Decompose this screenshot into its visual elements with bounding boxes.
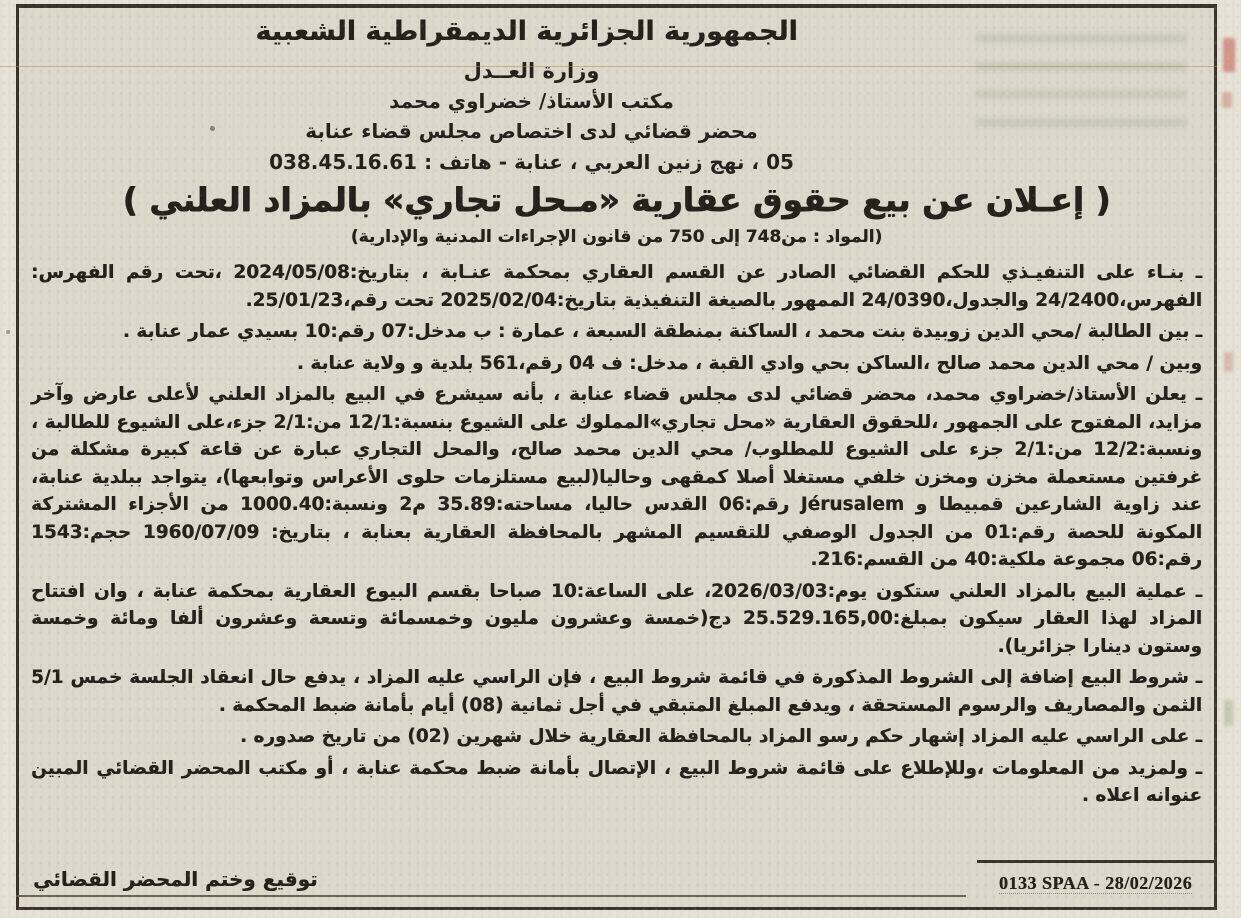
paragraph-sale-conditions: ـ شروط البيع إضافة إلى الشروط المذكورة ف… bbox=[31, 664, 1202, 719]
legal-articles-line: (المواد : من748 إلى 750 من قانون الإجراء… bbox=[31, 227, 1202, 247]
margin-red-mark bbox=[1224, 352, 1233, 372]
paragraph-claimant: ـ بين الطالبة /محي الدين زوبيدة بنت محمد… bbox=[31, 318, 1202, 346]
margin-green-mark bbox=[1224, 700, 1233, 726]
scan-hairline bbox=[0, 66, 1217, 67]
bailiff-signature-line: توقيع وختم المحضر القضائي bbox=[33, 867, 318, 891]
paper-speck bbox=[6, 330, 10, 334]
margin-red-mark bbox=[1222, 92, 1232, 108]
address-phone-line: 05 ، نهج زنين العربي ، عنابة - هاتف : 03… bbox=[0, 150, 1117, 174]
office-line: مكتب الأستاذ/ خضراوي محمد bbox=[0, 89, 1117, 113]
paragraph-respondent: وبين / محي الدين محمد صالح ،الساكن بحي و… bbox=[31, 350, 1202, 378]
republic-title: الجمهورية الجزائرية الديمقراطية الشعبية bbox=[0, 16, 1112, 47]
paragraph-execution-basis: ـ بنـاء على التنفيـذي للحكم القضائي الصا… bbox=[31, 259, 1202, 314]
auction-notice-title: ( إعـلان عن بيع حقوق عقارية «مـحل تجاري»… bbox=[31, 180, 1202, 219]
publication-reference-box: 0133 SPAA - 28/02/2026 bbox=[977, 860, 1217, 910]
paragraph-more-info: ـ ولمزيد من المعلومات ،وللإطلاع على قائم… bbox=[31, 755, 1202, 810]
office-header-block: وزارة العــدل مكتب الأستاذ/ خضراوي محمد … bbox=[0, 59, 1117, 174]
bailiff-title-line: محضر قضائي لدى اختصاص مجلس قضاء عنابة bbox=[0, 119, 1117, 143]
notice-header: الجمهورية الجزائرية الديمقراطية الشعبية … bbox=[31, 16, 1202, 247]
notice-body: ـ بنـاء على التنفيـذي للحكم القضائي الصا… bbox=[31, 259, 1202, 810]
newspaper-scan: { "notice": { "republic": "الجمهورية الج… bbox=[0, 0, 1241, 918]
paragraph-property-description: ـ يعلن الأستاذ/خضراوي محمد، محضر قضائي ل… bbox=[31, 381, 1202, 574]
notice-frame: الجمهورية الجزائرية الديمقراطية الشعبية … bbox=[16, 4, 1217, 910]
paragraph-registration-duty: ـ على الراسي عليه المزاد إشهار حكم رسو ا… bbox=[31, 723, 1202, 751]
paragraph-auction-date-price: ـ عملية البيع بالمزاد العلني ستكون يوم:2… bbox=[31, 578, 1202, 661]
margin-red-mark bbox=[1223, 38, 1235, 72]
footer-divider bbox=[16, 895, 966, 897]
publication-reference: 0133 SPAA - 28/02/2026 bbox=[999, 873, 1192, 894]
ministry-line: وزارة العــدل bbox=[0, 59, 1117, 83]
